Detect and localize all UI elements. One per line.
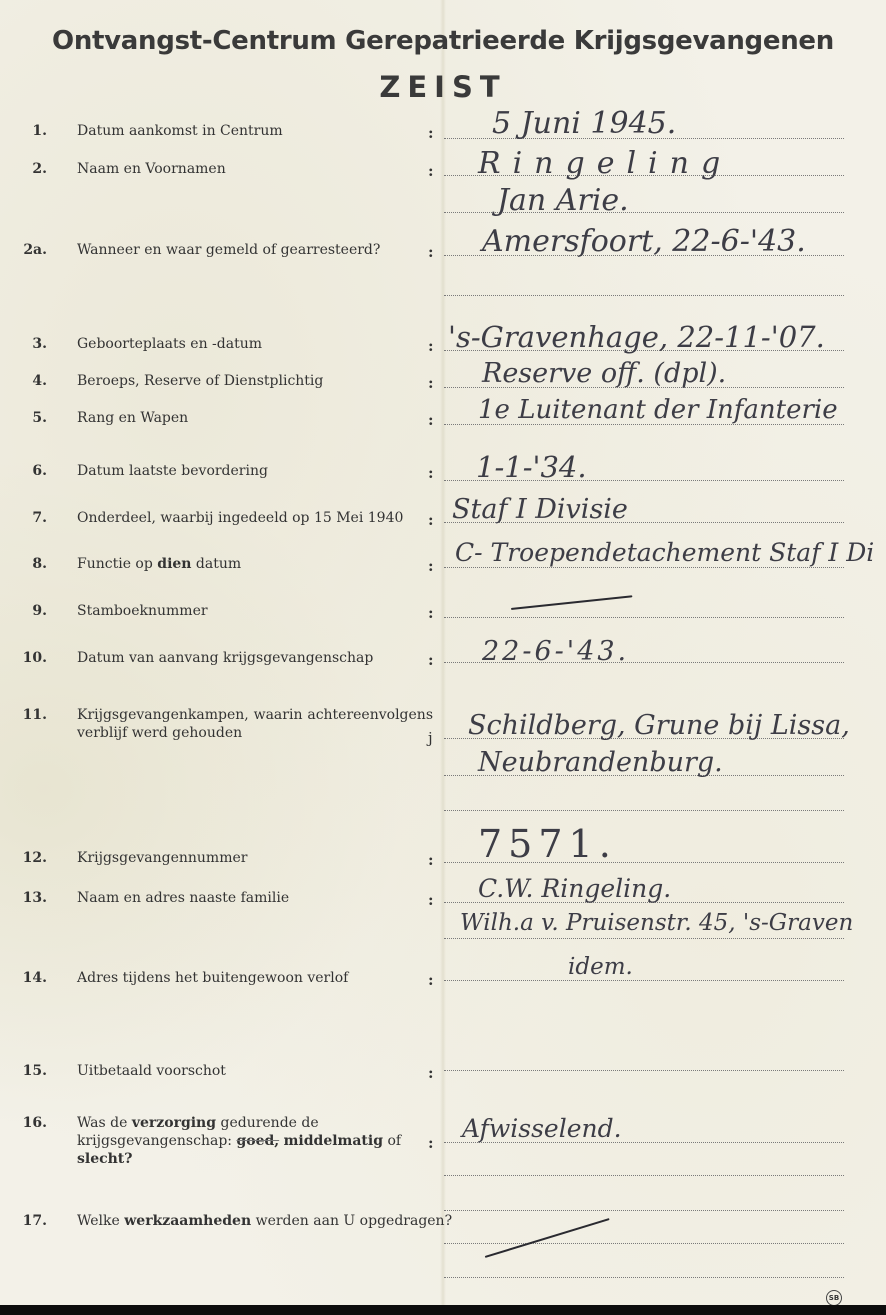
field-10-value[interactable]: 22-6-'43. [482,636,629,667]
form-title: Ontvangst-Centrum Gerepatrieerde Krijgsg… [0,26,886,56]
field-separator: : [428,464,434,482]
field-label-text: Adres tijdens het buitengewoon verlof [77,969,437,987]
field-5-value[interactable]: 1e Luitenant der Infanterie [478,395,838,425]
answer-line [444,1277,844,1278]
field-separator: : [428,604,434,622]
field-4-value[interactable]: Reserve off. (dpl). [482,358,726,389]
field-separator: j [428,729,433,747]
field-number: 4. [32,372,47,390]
answer-line [444,617,844,618]
field-label-text: Naam en adres naaste familie [77,889,437,907]
answer-line [444,810,844,811]
field-7-value[interactable]: Staf I Divisie [452,494,628,525]
field-number: 14. [23,969,47,987]
field-6-value[interactable]: 1-1-'34. [476,450,587,484]
answer-line [444,938,844,939]
field-label-text: Krijgsgevangenkampen, waarin achtereenvo… [77,706,433,742]
field-label-text: Naam en Voornamen [77,160,437,178]
field-2-firstnames[interactable]: Jan Arie. [497,183,629,218]
field-13-value[interactable]: C.W. Ringeling. [478,874,671,903]
field-label-text: Functie op dien datum [77,555,437,573]
field-separator: : [428,557,434,575]
field-number: 11. [23,706,47,724]
field-label-text: Was de verzorging gedurende de krijgsgev… [77,1114,435,1168]
field-number: 9. [32,602,47,620]
field-2-surname[interactable]: Ringeling [478,146,732,181]
field-number: 2a. [23,241,47,259]
field-number: 15. [23,1062,47,1080]
printer-mark-icon: SB [826,1290,842,1306]
field-number: 7. [32,509,47,527]
field-11-value-line2[interactable]: Neubrandenburg. [478,747,723,778]
field-number: 17. [23,1212,47,1230]
field-number: 1. [32,122,47,140]
field-label-text: Datum laatste bevordering [77,462,437,480]
field-separator: : [428,511,434,529]
field-separator: : [428,851,434,869]
field-label-text: Wanneer en waar gemeld of gearresteerd? [77,241,437,259]
field-number: 5. [32,409,47,427]
answer-line [444,980,844,981]
answer-line [444,295,844,296]
form-subtitle: ZEIST [0,70,886,104]
option-goed-struck: goed, [236,1133,279,1149]
option-slecht: slecht? [77,1151,132,1167]
field-3-value[interactable]: 's-Gravenhage, 22-11-'07. [448,320,825,354]
field-separator: : [428,337,434,355]
field-label-text: Geboorteplaats en -datum [77,335,437,353]
field-separator: : [428,374,434,392]
field-label-text: Welke werkzaamheden werden aan U opgedra… [77,1212,457,1230]
field-separator: : [428,1134,434,1152]
field-label-text: Datum aankomst in Centrum [77,122,437,140]
answer-line [444,1070,844,1071]
field-13-value-line2[interactable]: Wilh.a v. Pruisenstr. 45, 's-Graven [460,910,853,936]
answer-line [444,1243,844,1244]
field-number: 12. [23,849,47,867]
field-1-value[interactable]: 5 Juni 1945. [492,106,676,141]
field-separator: : [428,1064,434,1082]
field-label-text: Rang en Wapen [77,409,437,427]
answer-line [444,1210,844,1211]
option-middelmatig: middelmatig [284,1133,383,1149]
field-8-value[interactable]: C- Troependetachement Staf I Di [455,538,874,567]
field-14-value[interactable]: idem. [568,954,633,980]
field-number: 16. [23,1114,47,1132]
field-9-blank-stroke [511,595,633,610]
field-separator: : [428,971,434,989]
field-number: 8. [32,555,47,573]
answer-line [444,1175,844,1176]
field-label-text: Krijgsgevangennummer [77,849,437,867]
field-separator: : [428,162,434,180]
answer-line [444,567,844,568]
paper-fold [440,0,446,1305]
field-separator: : [428,124,434,142]
option-or: of [387,1133,401,1149]
scan-edge [0,1305,886,1315]
field-label-text: Onderdeel, waarbij ingedeeld op 15 Mei 1… [77,509,437,527]
field-number: 13. [23,889,47,907]
field-number: 3. [32,335,47,353]
field-separator: : [428,411,434,429]
field-12-value[interactable]: 7571. [478,822,617,866]
field-16-value[interactable]: Afwisselend. [462,1114,622,1143]
field-separator: : [428,243,434,261]
field-11-value[interactable]: Schildberg, Grune bij Lissa, [468,710,850,741]
field-label-text: Uitbetaald voorschot [77,1062,437,1080]
field-number: 2. [32,160,47,178]
field-separator: : [428,891,434,909]
field-label-text: Datum van aanvang krijgsgevangenschap [77,649,437,667]
field-separator: : [428,651,434,669]
field-number: 10. [23,649,47,667]
field-2a-value[interactable]: Amersfoort, 22-6-'43. [482,224,806,259]
field-label-text: Beroeps, Reserve of Dienstplichtig [77,372,437,390]
field-number: 6. [32,462,47,480]
field-label-text: Stamboeknummer [77,602,437,620]
field-17-blank-stroke [485,1218,610,1258]
